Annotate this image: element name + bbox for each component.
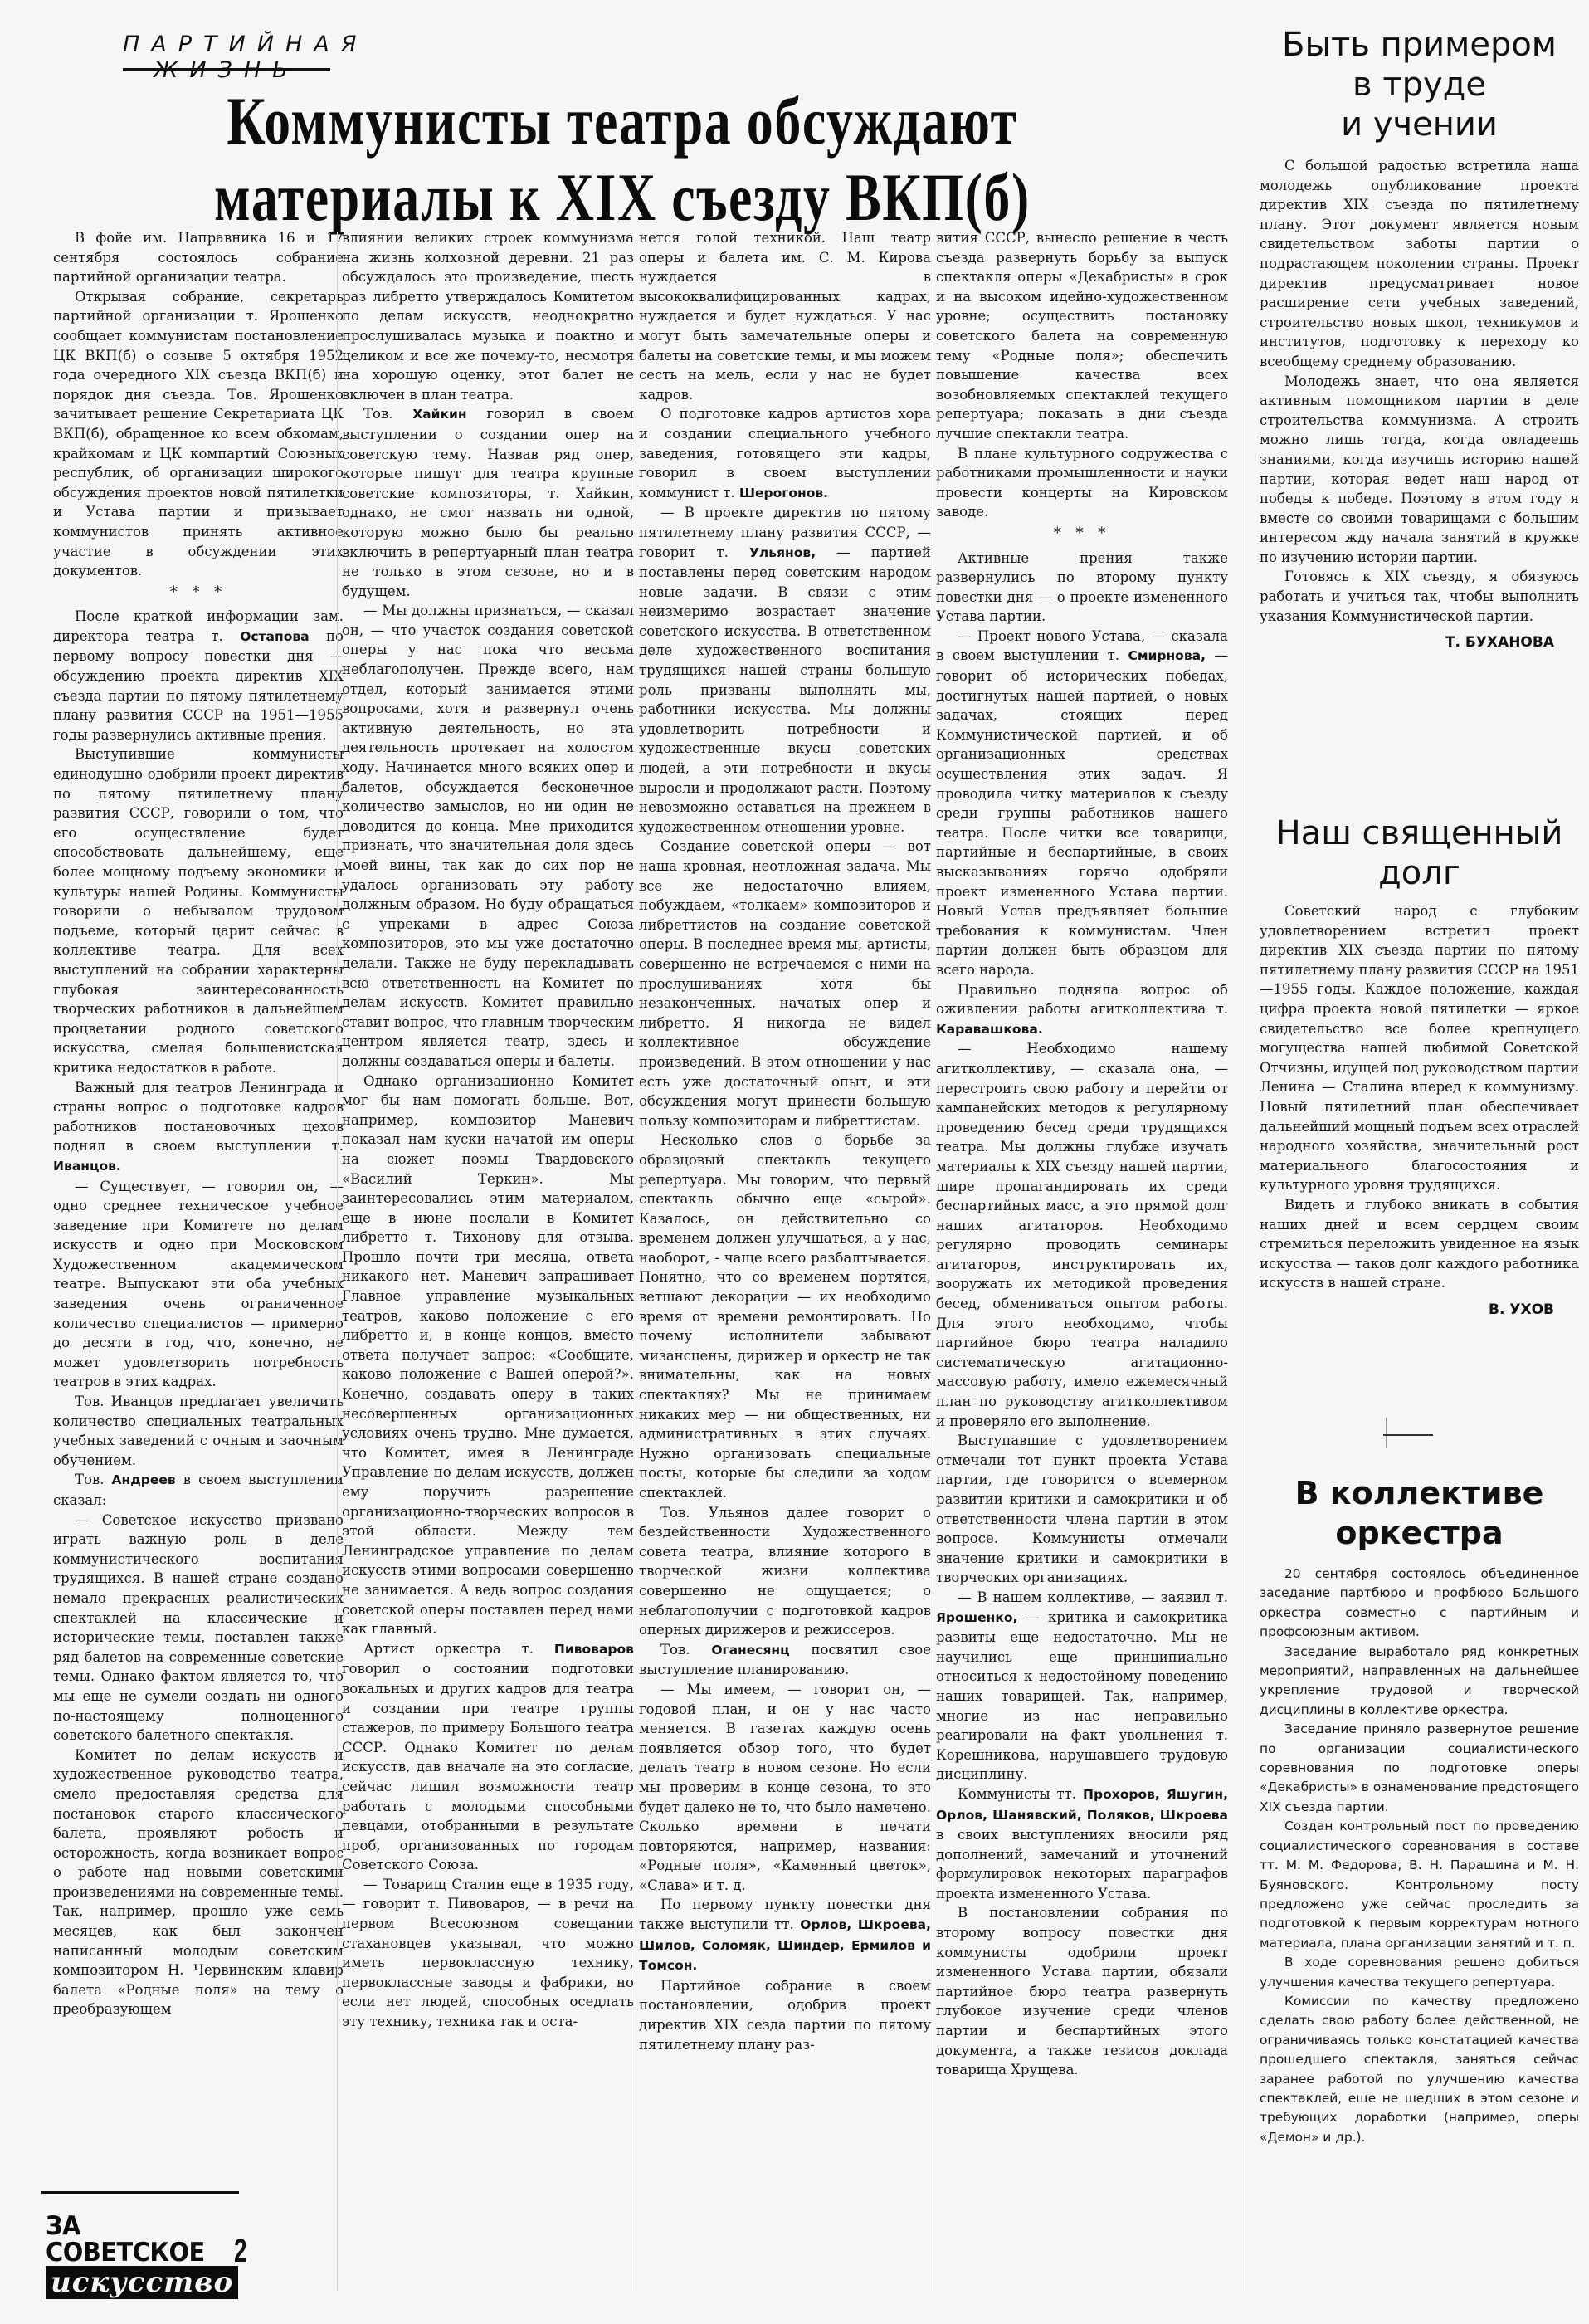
column-divider bbox=[636, 232, 636, 2291]
side-article-title: В коллективе оркестра bbox=[1260, 1473, 1579, 1553]
article-paragraph: Тов. Оганесянц посвятил свое выступление… bbox=[639, 1640, 931, 1680]
article-paragraph: Правильно подняла вопрос об оживлении ра… bbox=[936, 980, 1228, 1040]
author-signature: В. УХОВ bbox=[1260, 1301, 1579, 1318]
article-paragraph: нется голой техникой. Наш театр оперы и … bbox=[639, 228, 931, 404]
side-article-body: 20 сентября состоялось объединенное засе… bbox=[1260, 1565, 1579, 2147]
article-paragraph: Тов. Иванцов предлагает увеличить количе… bbox=[53, 1392, 344, 1470]
speaker-name: Остапова bbox=[240, 629, 309, 644]
column-divider bbox=[1245, 232, 1245, 2291]
speaker-name: Каравашкова. bbox=[936, 1022, 1043, 1037]
side-article-duty: Наш священный долг Советский народ с глу… bbox=[1260, 813, 1579, 1318]
side-article-body: С большой радостью встретила наша молоде… bbox=[1260, 156, 1579, 626]
article-paragraph: Однако организационно Комитет мог бы нам… bbox=[342, 1072, 634, 1639]
article-paragraph: — Необходимо нашему агитколлективу, — ск… bbox=[936, 1039, 1228, 1431]
article-paragraph: — Проект нового Устава, — сказала в свое… bbox=[936, 627, 1228, 980]
article-paragraph: По первому пункту повестки дня также выс… bbox=[639, 1895, 931, 1975]
title-line: в труде bbox=[1260, 65, 1579, 105]
speaker-name: Пивоваров bbox=[554, 1642, 634, 1657]
article-paragraph: В плане культурного содружества с работн… bbox=[936, 444, 1228, 522]
article-paragraph: В постановлении собрания по второму вопр… bbox=[936, 1903, 1228, 2079]
side-article-orchestra: В коллективе оркестра 20 сентября состоя… bbox=[1260, 1473, 1579, 2147]
article-paragraph: — Существует, — говорил он, — одно средн… bbox=[53, 1177, 344, 1393]
speaker-name: Орлов, Шкроева, Шилов, Соломяк, Шиндер, … bbox=[639, 1917, 931, 1973]
section-divider bbox=[1386, 1418, 1387, 1448]
headline-line-1: Коммунисты театра обсуждают bbox=[169, 83, 1075, 159]
title-line: оркестра bbox=[1260, 1513, 1579, 1553]
column-divider bbox=[337, 232, 338, 2291]
masthead-line-1: ЗА СОВЕТСКОЕ bbox=[46, 2213, 216, 2266]
side-article-body: Советский народ с глубоким удовлетворени… bbox=[1260, 901, 1579, 1293]
section-separator: * * * bbox=[53, 583, 344, 603]
article-paragraph: Выступившие коммунисты единодушно одобри… bbox=[53, 745, 344, 1077]
article-paragraph: Комитет по делам искусств и художественн… bbox=[53, 1745, 344, 2019]
article-paragraph: Создание советской оперы — вот наша кров… bbox=[639, 837, 931, 1130]
speaker-name: Оганесянц bbox=[711, 1643, 789, 1658]
article-paragraph: Артист оркестра т. Пивоваров говорил о с… bbox=[342, 1639, 634, 1875]
title-line: Наш священный bbox=[1260, 813, 1579, 853]
article-paragraph: 20 сентября состоялось объединенное засе… bbox=[1260, 1565, 1579, 1643]
article-column-2: влиянии великих строек коммунизма на жиз… bbox=[342, 228, 634, 2032]
article-paragraph: — В проекте директив по пятому пятилетне… bbox=[639, 503, 931, 837]
article-paragraph: Создан контрольный пост по проведению со… bbox=[1260, 1817, 1579, 1953]
article-paragraph: Открывая собрание, секретарь партийной о… bbox=[53, 287, 344, 581]
speaker-name: Андреев bbox=[112, 1472, 176, 1487]
article-column-4: вития СССР, вынесло решение в честь съез… bbox=[936, 228, 1228, 2080]
newspaper-masthead: ЗА СОВЕТСКОЕ искусство bbox=[46, 2213, 228, 2279]
article-paragraph: влиянии великих строек коммунизма на жиз… bbox=[342, 228, 634, 404]
side-article-title: Быть примером в труде и учении bbox=[1260, 25, 1579, 144]
side-article-example: Быть примером в труде и учении С большой… bbox=[1260, 25, 1579, 651]
article-paragraph: После краткой информации зам. директора … bbox=[53, 607, 344, 745]
article-column-3: нется голой техникой. Наш театр оперы и … bbox=[639, 228, 931, 2054]
speaker-name: Хайкин bbox=[412, 407, 466, 422]
article-column-1: В фойе им. Направника 16 и 17 сентября с… bbox=[53, 228, 344, 2019]
headline-line-2: материалы к XIX съезду ВКП(б) bbox=[169, 159, 1075, 236]
speaker-name: Ульянов, bbox=[749, 545, 816, 560]
article-paragraph: С большой радостью встретила наша молоде… bbox=[1260, 156, 1579, 372]
masthead-line-2: искусство bbox=[46, 2266, 238, 2299]
article-paragraph: — Товарищ Сталин еще в 1935 году, — гово… bbox=[342, 1875, 634, 2032]
article-paragraph: Тов. Хайкин говорил в своем выступлении … bbox=[342, 404, 634, 601]
article-paragraph: О подготовке кадров артистов хора и созд… bbox=[639, 404, 931, 503]
speaker-name: Прохоров, Яшугин, Орлов, Шанявский, Поля… bbox=[936, 1787, 1228, 1823]
newspaper-page: ПАРТИЙНАЯ ЖИЗНЬ Коммунисты театра обсужд… bbox=[0, 0, 1589, 2324]
title-line: В коллективе bbox=[1260, 1473, 1579, 1513]
title-line: долг bbox=[1260, 853, 1579, 893]
article-paragraph: В фойе им. Направника 16 и 17 сентября с… bbox=[53, 228, 344, 287]
section-divider bbox=[1383, 1434, 1433, 1436]
article-paragraph: Молодежь знает, что она является активны… bbox=[1260, 372, 1579, 568]
article-paragraph: В ходе соревнования решено добиться улуч… bbox=[1260, 1953, 1579, 1992]
title-line: Быть примером bbox=[1260, 25, 1579, 65]
speaker-name: Ярошенко, bbox=[936, 1610, 1017, 1625]
title-line: и учении bbox=[1260, 105, 1579, 144]
article-paragraph: — Мы должны признаться, — сказал он, — ч… bbox=[342, 601, 634, 1071]
rubric-underline bbox=[123, 68, 330, 71]
article-paragraph: Несколько слов о борьбе за образцовый сп… bbox=[639, 1130, 931, 1502]
article-paragraph: — Мы имеем, — говорит он, — годовой план… bbox=[639, 1680, 931, 1896]
article-paragraph: Заседание приняло развернутое решение по… bbox=[1260, 1720, 1579, 1817]
column-divider bbox=[933, 232, 933, 2291]
article-paragraph: Комиссии по качеству предложено сделать … bbox=[1260, 1992, 1579, 2147]
column-end-rule bbox=[41, 2191, 239, 2194]
article-paragraph: Видеть и глубоко вникать в события наших… bbox=[1260, 1195, 1579, 1293]
author-signature: Т. БУХАНОВА bbox=[1260, 634, 1579, 651]
article-paragraph: Готовясь к XIX съезду, я обязуюсь работа… bbox=[1260, 567, 1579, 626]
speaker-name: Смирнова, bbox=[1128, 648, 1206, 663]
article-paragraph: Активные прения также развернулись по вт… bbox=[936, 549, 1228, 627]
side-article-title: Наш священный долг bbox=[1260, 813, 1579, 893]
main-headline: Коммунисты театра обсуждают материалы к … bbox=[169, 83, 1075, 236]
article-paragraph: Партийное собрание в своем постановлении… bbox=[639, 1976, 931, 2054]
article-paragraph: — Советское искусство призвано играть ва… bbox=[53, 1511, 344, 1745]
article-paragraph: Тов. Андреев в своем выступлении сказал: bbox=[53, 1470, 344, 1510]
article-paragraph: Выступавшие с удовлетворением отмечали т… bbox=[936, 1431, 1228, 1588]
section-rubric: ПАРТИЙНАЯ ЖИЗНЬ bbox=[123, 32, 330, 83]
article-paragraph: Тов. Ульянов далее говорит о бездействен… bbox=[639, 1503, 931, 1640]
section-separator: * * * bbox=[936, 524, 1228, 544]
speaker-name: Иванцов. bbox=[53, 1159, 121, 1174]
article-paragraph: Советский народ с глубоким удовлетворени… bbox=[1260, 901, 1579, 1195]
article-paragraph: Заседание выработало ряд конкретных меро… bbox=[1260, 1643, 1579, 1721]
article-paragraph: Коммунисты тт. Прохоров, Яшугин, Орлов, … bbox=[936, 1784, 1228, 1904]
page-number: 2 bbox=[234, 2233, 247, 2270]
speaker-name: Шерогонов. bbox=[739, 486, 828, 500]
article-paragraph: вития СССР, вынесло решение в честь съез… bbox=[936, 228, 1228, 444]
article-paragraph: — В нашем коллективе, — заявил т. Ярошен… bbox=[936, 1588, 1228, 1784]
article-paragraph: Важный для театров Ленинграда и страны в… bbox=[53, 1078, 344, 1177]
